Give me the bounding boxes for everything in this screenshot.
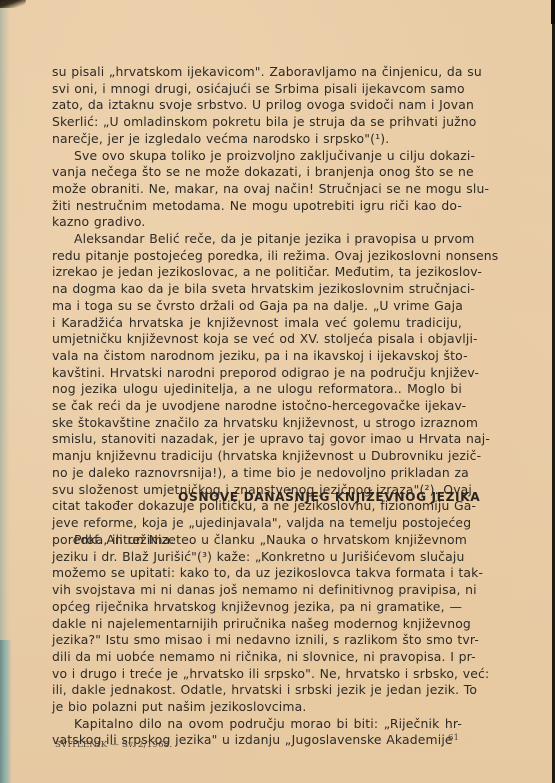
text-line: može obraniti. Ne, makar, na ovaj način!… <box>52 181 462 198</box>
text-line: možemo se upitati: kako to, da uz jeziko… <box>52 565 462 582</box>
scan-left-edge-shadow <box>0 640 12 783</box>
text-line: na dogma kao da je bila sveta hrvatskim … <box>52 281 462 298</box>
text-line: jezika?" Istu smo misao i mi nedavno izn… <box>52 632 462 649</box>
section-heading: OSNOVE DANAŠNJEG KNJIŽEVNOG JEZIKA <box>178 490 468 504</box>
text-line: općeg riječnika hrvatskog književnog jez… <box>52 599 462 616</box>
text-line: narečje, jer je izgledalo većma narodsko… <box>52 131 462 148</box>
text-line: zato, da iztaknu svoje srbstvo. U prilog… <box>52 97 462 114</box>
text-line: ske štokavštine značilo za hrvatsku knji… <box>52 415 462 432</box>
text-line: svi oni, i mnogi drugi, osićajući se Srb… <box>52 81 462 98</box>
page-number: 61 <box>448 733 459 743</box>
body-text-top: su pisali „hrvatskom ijekavicom". Zabora… <box>52 64 462 548</box>
scanned-page: su pisali „hrvatskom ijekavicom". Zabora… <box>0 0 555 783</box>
text-line: dili da mi uobće nemamo ni ričnika, ni s… <box>52 649 462 666</box>
text-line: jeve reforme, koja je „ujedinjavala", va… <box>52 515 462 532</box>
text-line: smislu, stanoviti nazadak, jer je upravo… <box>52 431 462 448</box>
text-line: izrekao je jedan jezikoslovac, a ne poli… <box>52 264 462 281</box>
text-line: Kapitalno dilo na ovom području morao bi… <box>52 716 462 733</box>
text-line: Sve ovo skupa toliko je proizvoljno zakl… <box>52 148 462 165</box>
text-line: vanja nečega što se ne može dokazati, i … <box>52 164 462 181</box>
text-line: umjetničku književnost koja se već od XV… <box>52 331 462 348</box>
journal-footer: SVITLENIK — Sv. 2/1968. <box>55 740 172 750</box>
text-line: kavštini. Hrvatski narodni preporod odig… <box>52 365 462 382</box>
text-line: manju književnu tradiciju (hrvatska knji… <box>52 448 462 465</box>
paragraph: Sve ovo skupa toliko je proizvoljno zakl… <box>52 148 462 232</box>
text-line: redu pitanje postojećeg poredka, ili rež… <box>52 248 462 265</box>
text-line: vala na čistom narodnom jeziku, pa i na … <box>52 348 462 365</box>
text-line: se čak reći da je uvodjene narodne istoč… <box>52 398 462 415</box>
scan-right-edge-top <box>551 0 555 24</box>
text-line: vo i drugo i treće je „hrvatsko ili srps… <box>52 666 462 683</box>
text-line: ili, dakle jednakost. Odatle, hrvatski i… <box>52 682 462 699</box>
text-line: jeziku i dr. Blaž Jurišić"(³) kaže: „Kon… <box>52 549 462 566</box>
text-line: ma i toga su se čvrsto držali od Gaja pa… <box>52 298 462 315</box>
scan-corner-shadow <box>0 0 26 8</box>
text-line: Prof. Antun Nizeteo u članku „Nauka o hr… <box>52 532 462 549</box>
text-line: kazno gradivo. <box>52 214 462 231</box>
body-text-bottom: Prof. Antun Nizeteo u članku „Nauka o hr… <box>52 532 462 749</box>
text-line: je bio polazni put našim jezikoslovcima. <box>52 699 462 716</box>
paragraph: su pisali „hrvatskom ijekavicom". Zabora… <box>52 64 462 148</box>
text-line: nog jezika ulogu ujedinitelja, a ne ulog… <box>52 381 462 398</box>
text-line: dakle ni najelementarnijih priručnika na… <box>52 616 462 633</box>
text-line: žiti nestručnim metodama. Ne mogu upotre… <box>52 198 462 215</box>
text-line: i Karadžića hrvatska je književnost imal… <box>52 315 462 332</box>
text-line: su pisali „hrvatskom ijekavicom". Zabora… <box>52 64 462 81</box>
text-line: no je daleko raznovrsnija!), a time bio … <box>52 465 462 482</box>
text-line: vih svojstava mi ni danas još nemamo ni … <box>52 582 462 599</box>
paragraph: Prof. Antun Nizeteo u članku „Nauka o hr… <box>52 532 462 716</box>
text-line: Aleksandar Belić reče, da je pitanje jez… <box>52 231 462 248</box>
text-line: Skerlić: „U omladinskom pokretu bila je … <box>52 114 462 131</box>
